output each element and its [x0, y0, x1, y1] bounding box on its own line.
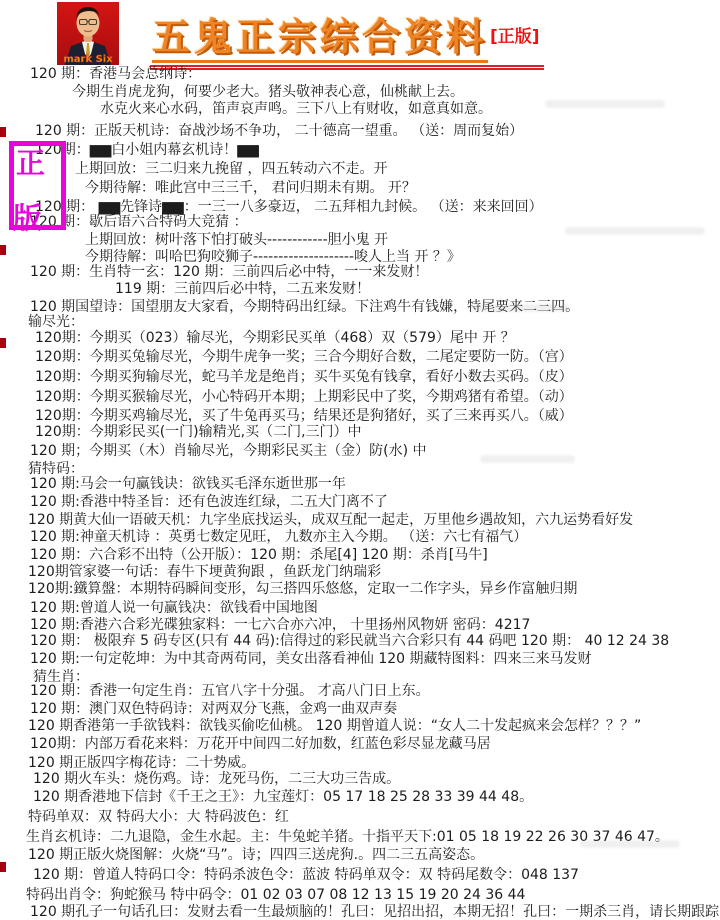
text-line: 120 期黄大仙一语破天机：九字坐底找运头，成双互配一起走，万里他乡遇故知，六九…	[28, 512, 633, 528]
text-line: 120 期：生肖特一玄：120 期：三前四后必中特，一一来发财！	[30, 264, 428, 280]
scan-artifact	[0, 338, 6, 348]
host-photo: mark Six	[57, 2, 119, 65]
text-line: 120期：今期买（023）输尽光，今期彩民买单（468）双（579）尾中 开 ？	[35, 330, 515, 346]
scan-smudge	[545, 100, 665, 108]
title-text: 五鬼正宗综合资料	[152, 15, 488, 63]
text-line: 输尽光：	[28, 314, 84, 330]
text-line: 120期：今期买鸡输尽光，买了牛兔再买马；结果还是狗猪好，买了三来再买八。（威）	[35, 408, 573, 424]
text-line: 120 期： ▆▆先锋诗▆▆：一三一八多豪迈， 二五拜相九封候。 （送：来来回回…	[35, 199, 543, 215]
text-line: 120 期正版四字梅花诗：二十势威。	[28, 755, 255, 771]
text-line: 120 期；今期买（木）肖输尽光，今期彩民买主（金）防(水) 中	[30, 443, 427, 459]
text-line: 119 期：三前四后必中特，二五来发财！	[115, 281, 370, 297]
stamp-char-top: 正	[16, 149, 45, 178]
text-line: 猜特码：	[28, 461, 84, 477]
text-line: 120 期:香港中特圣旨：还有色波连红绿，二五大门离不了	[30, 494, 388, 510]
scan-artifact	[0, 245, 6, 255]
text-line: 120 期：香港一句定生肖：五官八字十分强。 才高八门日上东。	[30, 683, 430, 699]
text-line: 120 期:香港六合彩光碟独家料：一七六合亦六冲， 十里扬州风物妍 密码：421…	[30, 617, 530, 633]
info-sheet: mark Six 五鬼正宗综合资料[正版] 正 版 120 期：香港马会总纲诗：…	[0, 0, 720, 920]
text-line: 120期：今期彩民买(一门)输精光,买（二门,三门）中	[35, 424, 362, 440]
text-line: 120 期：香港马会总纲诗：	[30, 66, 201, 82]
text-line: 120 期孔子一句话孔曰：发财去看一生最烦脑的！孔曰：见招出招，本期无招！孔曰：…	[30, 904, 720, 920]
portrait-image: mark Six	[57, 2, 119, 65]
zhengban-stamp: 正 版	[9, 141, 66, 230]
scan-smudge	[470, 304, 570, 312]
text-line: 120期：今期买猴输尽光，小心特码开本期；上期彩民中了奖，今期鸡猪有希望。（动）	[35, 389, 573, 405]
page-title: 五鬼正宗综合资料[正版]	[150, 6, 544, 70]
scan-artifact	[0, 862, 6, 872]
text-line: 120 期:马会一句赢钱诀：欲钱买毛泽东逝世那一年	[30, 476, 346, 492]
text-line: 特码出肖令：狗蛇猴马 特中码令：01 02 03 07 08 12 13 15 …	[26, 887, 525, 903]
text-line: 120期：▆▆白小姐内幕玄机诗！▆▆	[35, 142, 259, 158]
scan-artifact	[0, 127, 6, 137]
text-line: 120期：内部万看花来料：万花开中间四二好加数，红蓝色彩尽显龙藏马居	[30, 736, 491, 752]
text-line: 上期回放：树叶落下怕打破头------------胆小鬼 开	[85, 232, 388, 248]
text-line: 120期：今期买兔输尽光，今期牛虎争一奖；三合今期好合数，二尾定要防一防。（宫）	[35, 349, 573, 365]
title-edition-tag: [正版]	[490, 27, 540, 47]
text-line: 今期生肖虎龙狗，何要少老大。猪头敬神表心意，仙桃献上去。	[72, 84, 464, 100]
text-line: 120期：今期买狗输尽光，蛇马羊龙是绝肖；买牛买兔有钱拿，看好小数去买码。（皮）	[35, 369, 573, 385]
stamp-char-bottom: 版	[13, 204, 42, 233]
text-line: 今期待解：唯此宫中三三千， 君问归期未有期。 开？	[85, 180, 416, 196]
text-line: 120 期香港地下信封《千王之王》：九宝莲灯：05 17 18 25 28 33…	[33, 789, 533, 805]
text-line: 120 期： 极限弃 5 码专区(只有 44 码):信得过的彩民就当六合彩只有 …	[30, 633, 669, 649]
text-line: 120 期：澳门双色特码诗：对两双分飞燕，金鸡一曲双声奏	[30, 701, 397, 717]
text-line: 120 期：曾道人特码口令：特码杀波色令：蓝波 特码单双令：双 特码尾数令：04…	[33, 867, 579, 883]
text-line: 120 期：六合彩不出特（公开版）：120 期：杀尾[4] 120 期：杀肖[马…	[30, 547, 488, 563]
text-line: 今期待解：叫哈巴狗咬狮子--------------------唆人上当 开 ？…	[85, 249, 461, 265]
text-line: 120 期正版火烧图解：火烧“马”。诗；四四三送虎狗.。四二三五高姿态。	[28, 847, 484, 863]
text-line: 120期:鐵算盤：本期特码瞬间变形，勾三搭四乐悠悠，定取一二作字头，异乡作富触归…	[28, 581, 577, 597]
photo-caption: mark Six	[63, 54, 113, 65]
scan-smudge	[480, 455, 575, 463]
text-line: 120 期:一句定乾坤：为中其奇两苟同，美女出落看神仙 120 期藏特图料：四来…	[30, 651, 592, 667]
text-line: 上期回放：三二归来九挽留 ，四五转动六不走。开	[75, 161, 387, 177]
text-line: 120 期:神童天机诗 ：英勇七数定见旺， 九数亦主入今期。 （送：六七有福气）	[30, 529, 527, 545]
text-line: 水克火来心水码，笛声哀声鸣。三下八上有财收，如意真如意。	[100, 101, 492, 117]
text-line: 生肖玄机诗：二九退隐，金生水起。主：牛兔蛇羊猪。十指平天下:01 05 18 1…	[26, 829, 669, 845]
text-line: 120期管家婆一句话：春牛下埂黄狗跟 ，鱼跃龙门纳瑞彩	[28, 564, 381, 580]
text-line: 120 期香港第一手欲钱料：欲钱买偷吃仙桃。 120 期曾道人说：“女人二十发起…	[28, 718, 641, 734]
text-line: 120 期：正版天机诗：奋战沙场不争功， 二十德高一望重。 （送：周而复始）	[35, 123, 523, 139]
text-line: 120 期火车头：烧伤鸡。诗：龙死马伤，二三大功三告成。	[33, 771, 400, 787]
scan-smudge	[565, 227, 705, 235]
scan-smudge	[580, 840, 680, 848]
text-line: 120 期:曾道人说一句赢钱决：欲钱看中国地图	[30, 600, 318, 616]
text-line: 特码单双：双 特码大小：大 特码波色：红	[28, 809, 289, 825]
